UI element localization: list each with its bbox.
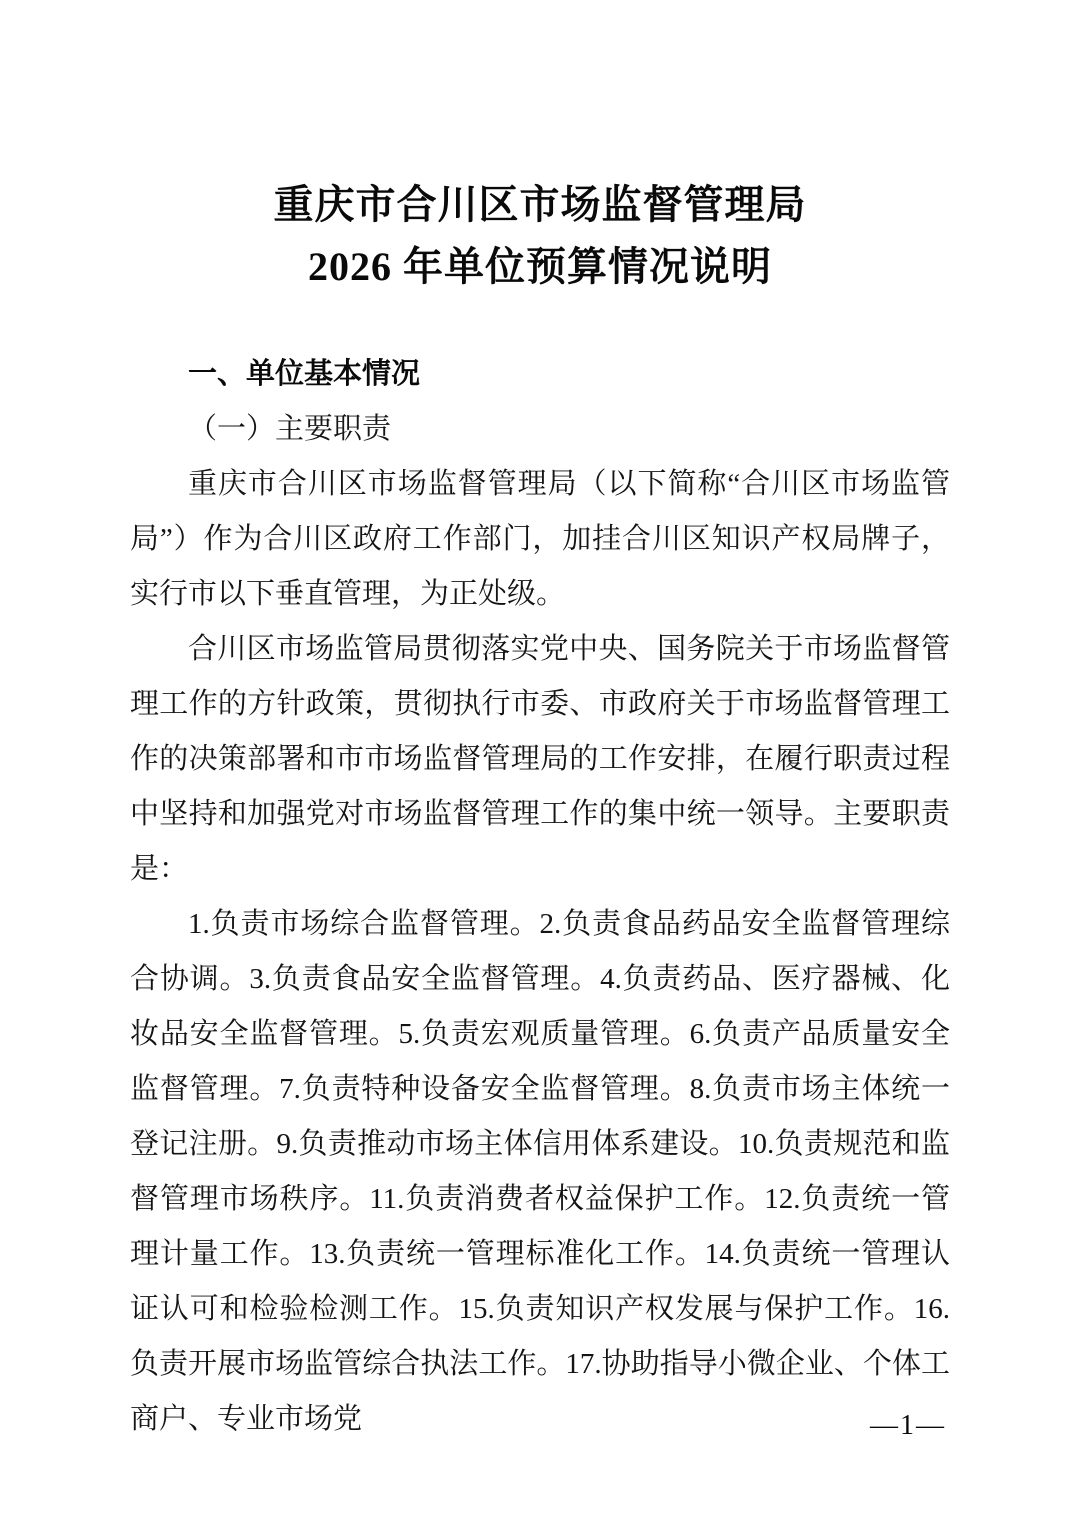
body-paragraph: 合川区市场监管局贯彻落实党中央、国务院关于市场监督管理工作的方针政策，贯彻执行市… [130,622,950,897]
document-page: 重庆市合川区市场监督管理局 2026 年单位预算情况说明 一、单位基本情况 （一… [0,0,1074,1520]
page-number: —1— [870,1410,946,1442]
document-title: 重庆市合川区市场监督管理局 2026 年单位预算情况说明 [130,174,950,298]
section-heading-basic-info: 一、单位基本情况 [130,347,950,402]
subsection-heading-main-duties: （一）主要职责 [130,402,950,457]
body-paragraph: 1.负责市场综合监督管理。2.负责食品药品安全监督管理综合协调。3.负责食品安全… [130,897,950,1447]
body-paragraph: 重庆市合川区市场监督管理局（以下简称“合川区市场监管局”）作为合川区政府工作部门… [130,457,950,622]
document-title-line2: 2026 年单位预算情况说明 [130,236,950,298]
document-title-line1: 重庆市合川区市场监督管理局 [130,174,950,236]
document-content: 重庆市合川区市场监督管理局 2026 年单位预算情况说明 一、单位基本情况 （一… [130,0,950,1447]
